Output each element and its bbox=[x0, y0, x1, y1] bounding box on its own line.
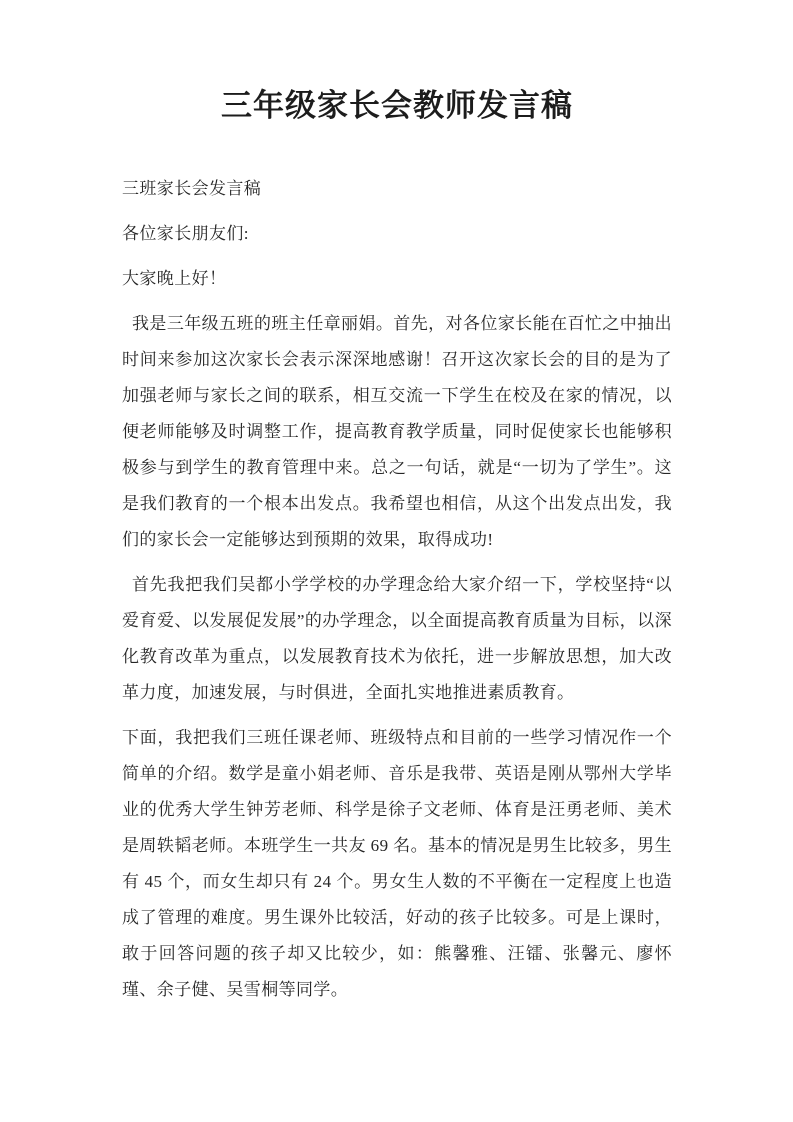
paragraph-subtitle: 三班家长会发言稿 bbox=[122, 171, 672, 207]
paragraph-greeting: 大家晚上好！ bbox=[122, 261, 672, 297]
document-title: 三年级家长会教师发言稿 bbox=[122, 84, 672, 127]
paragraph-salutation: 各位家长朋友们: bbox=[122, 216, 672, 252]
paragraph-class-overview: 下面，我把我们三班任课老师、班级特点和目前的一些学习情况作一个简单的介绍。数学是… bbox=[122, 720, 672, 1008]
paragraph-introduction: 我是三年级五班的班主任章丽娟。首先，对各位家长能在百忙之中抽出时间来参加这次家长… bbox=[122, 306, 672, 558]
paragraph-school-philosophy: 首先我把我们吴都小学学校的办学理念给大家介绍一下，学校坚持“以爱育爱、以发展促发… bbox=[122, 567, 672, 711]
document-page: 三年级家长会教师发言稿 三班家长会发言稿 各位家长朋友们: 大家晚上好！ 我是三… bbox=[0, 0, 793, 1122]
